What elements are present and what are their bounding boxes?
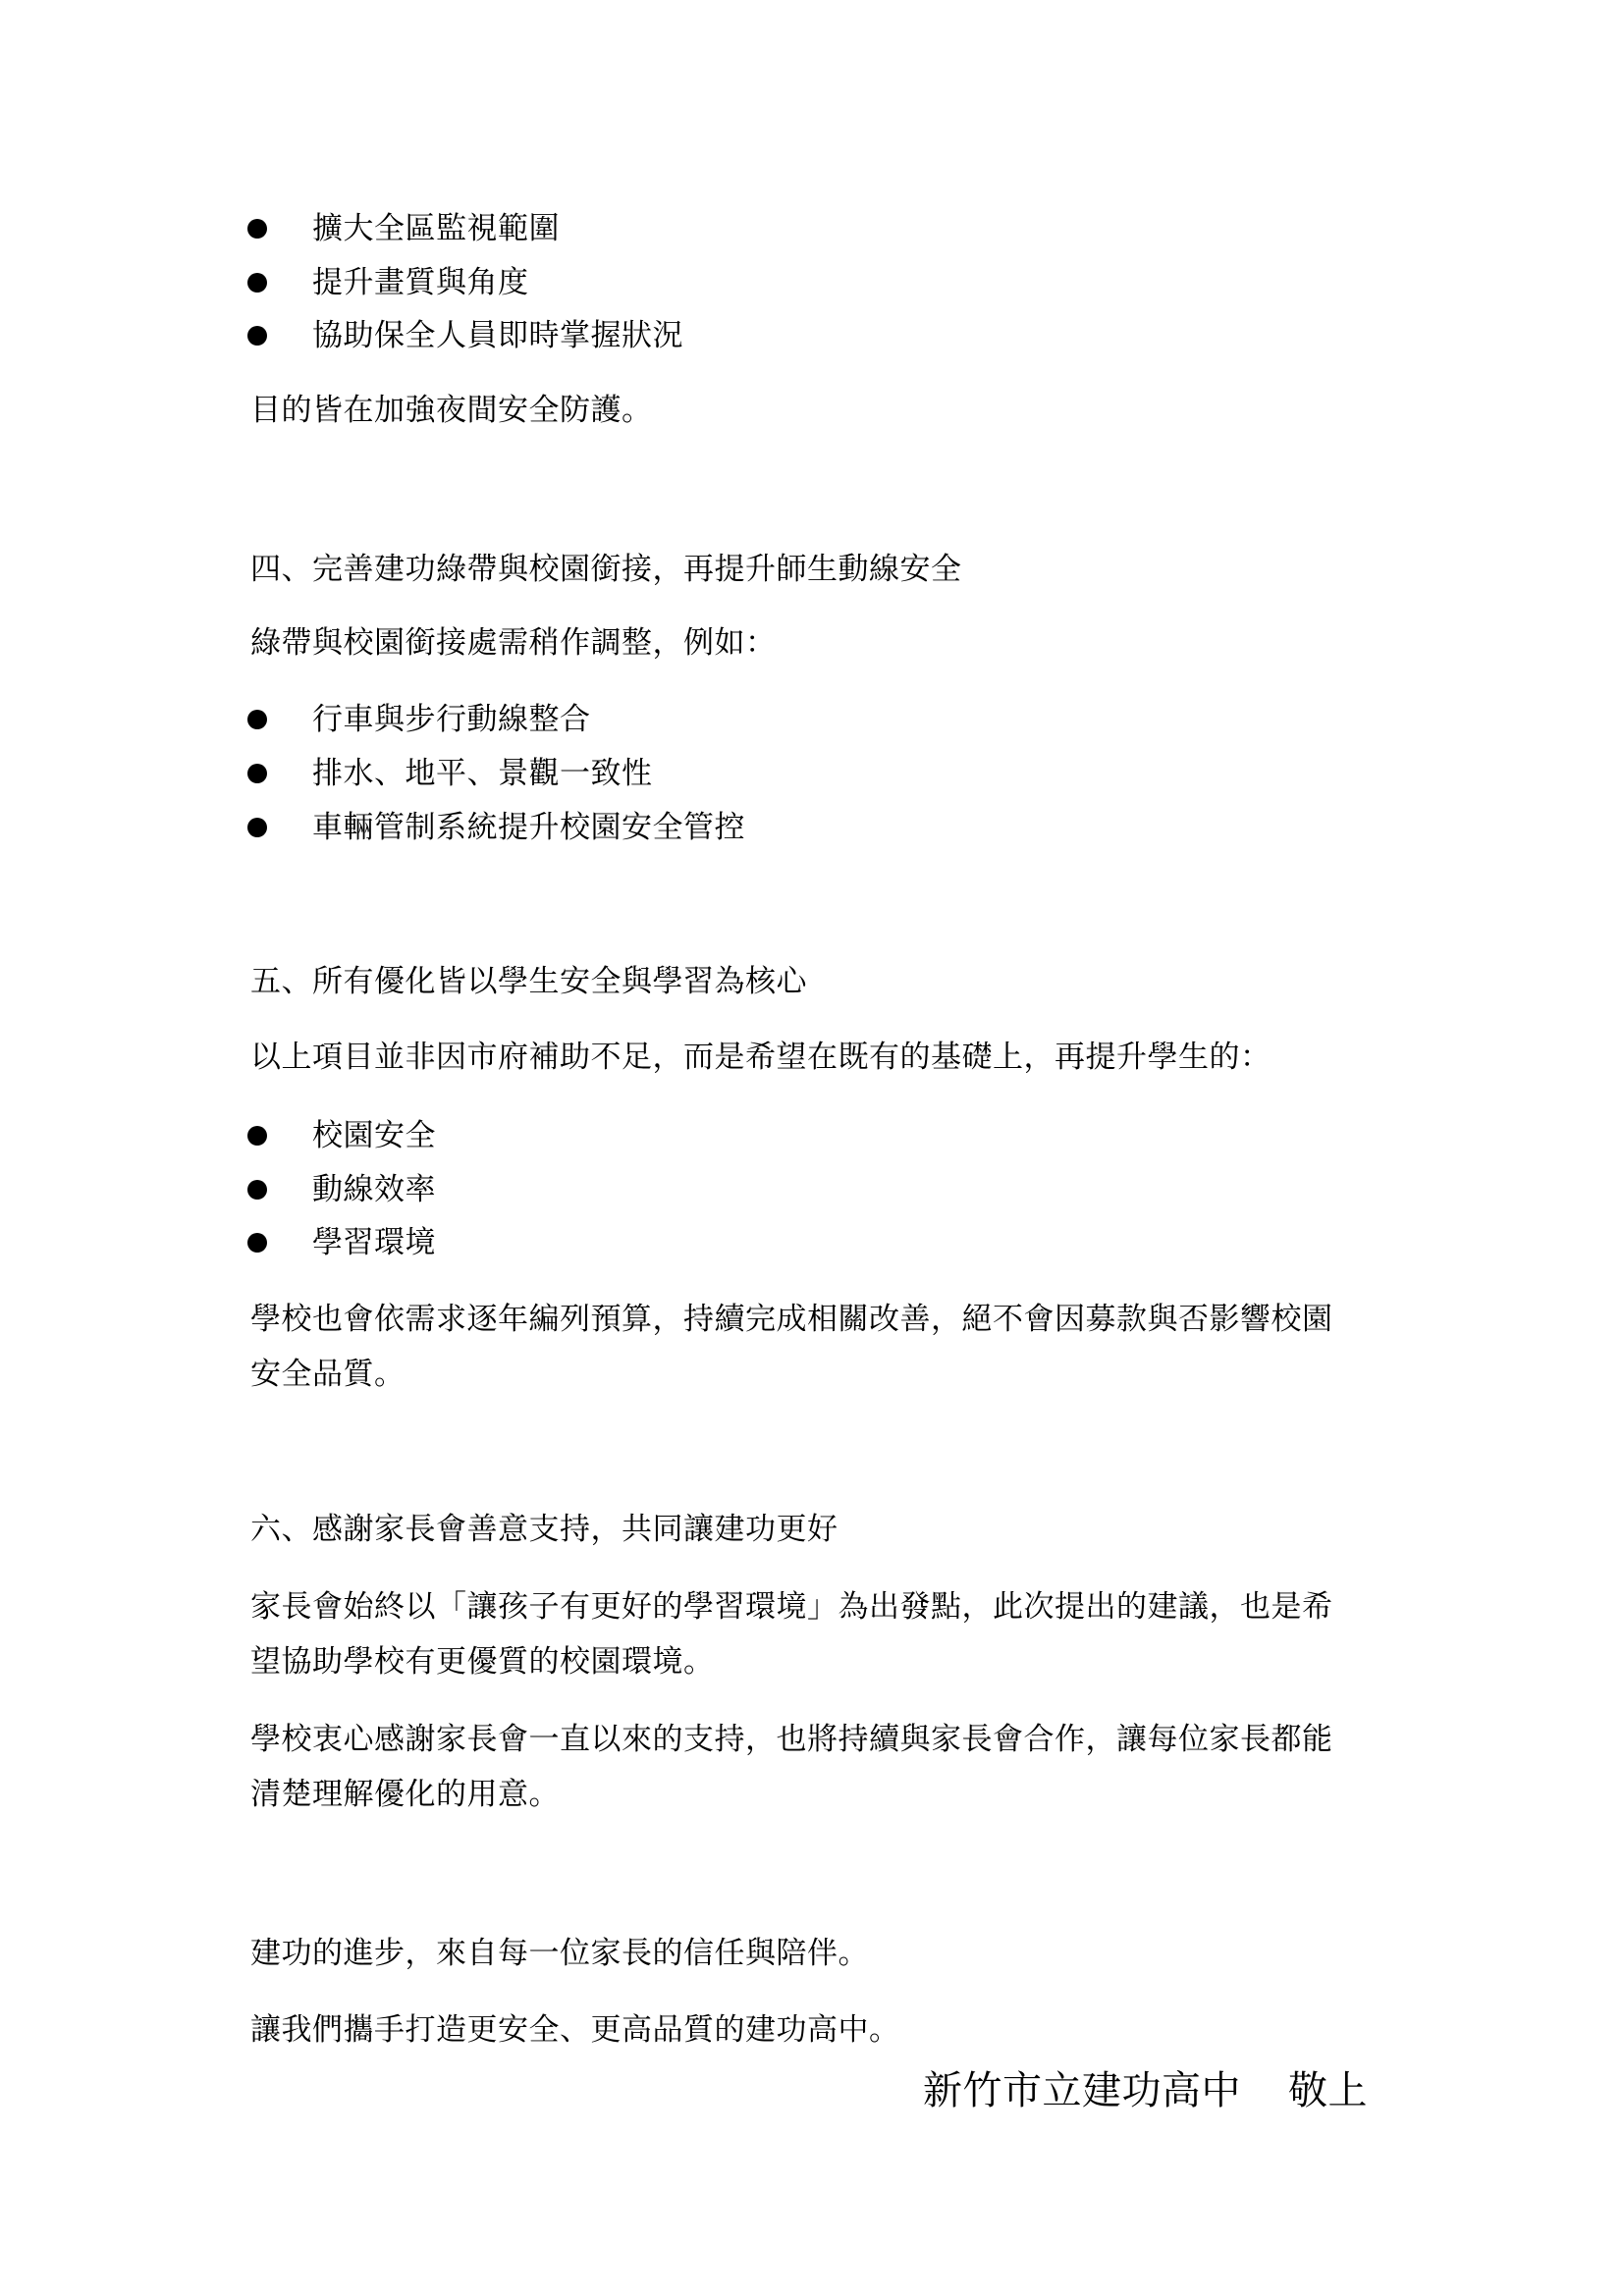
list-item: 排水、地平、景觀一致性 <box>312 754 653 793</box>
section4-heading: 四、完善建功綠帶與校園銜接，再提升師生動線安全 <box>250 550 962 589</box>
signature-school: 新竹市立建功高中 <box>923 2068 1241 2113</box>
section6-heading: 六、感謝家長會善意支持，共同讓建功更好 <box>250 1510 839 1549</box>
list-item: 提升畫質與角度 <box>312 263 529 302</box>
closing-line: 讓我們攜手打造更安全、更高品質的建功高中。 <box>250 2010 900 2050</box>
section4-intro: 綠帶與校園銜接處需稍作調整，例如： <box>250 623 777 663</box>
bullet-icon <box>247 326 267 346</box>
section6-paragraph-line: 清楚理解優化的用意。 <box>250 1775 560 1814</box>
section5-heading: 五、所有優化皆以學生安全與學習為核心 <box>250 962 807 1001</box>
bullet-icon <box>247 1233 267 1253</box>
list-item: 行車與步行動線整合 <box>312 700 591 739</box>
section5-paragraph-line: 安全品質。 <box>250 1355 406 1394</box>
list-item: 學習環境 <box>312 1223 436 1262</box>
bullet-icon <box>247 1180 267 1200</box>
list-item: 校園安全 <box>312 1116 436 1155</box>
bullet-icon <box>247 1126 267 1146</box>
section5-intro: 以上項目並非因市府補助不足，而是希望在既有的基礎上，再提升學生的： <box>250 1038 1271 1077</box>
section3-conclusion: 目的皆在加強夜間安全防護。 <box>250 391 653 430</box>
list-item: 擴大全區監視範圍 <box>312 209 560 248</box>
list-item: 協助保全人員即時掌握狀況 <box>312 316 683 355</box>
closing-line: 建功的進步，來自每一位家長的信任與陪伴。 <box>250 1934 869 1973</box>
bullet-icon <box>247 273 267 293</box>
bullet-icon <box>247 219 267 239</box>
bullet-icon <box>247 818 267 837</box>
signature: 新竹市立建功高中敬上 <box>923 2069 1368 2112</box>
section6-paragraph-line: 望協助學校有更優質的校園環境。 <box>250 1642 715 1682</box>
list-item: 動線效率 <box>312 1170 436 1209</box>
list-item: 車輛管制系統提升校園安全管控 <box>312 808 745 847</box>
signature-salutation: 敬上 <box>1288 2068 1368 2113</box>
section6-paragraph-line: 學校衷心感謝家長會一直以來的支持，也將持續與家長會合作，讓每位家長都能 <box>250 1720 1333 1759</box>
section5-paragraph-line: 學校也會依需求逐年編列預算，持續完成相關改善，絕不會因募款與否影響校園 <box>250 1300 1333 1339</box>
section6-paragraph-line: 家長會始終以「讓孩子有更好的學習環境」為出發點，此次提出的建議，也是希 <box>250 1587 1333 1627</box>
bullet-icon <box>247 710 267 729</box>
bullet-icon <box>247 764 267 783</box>
